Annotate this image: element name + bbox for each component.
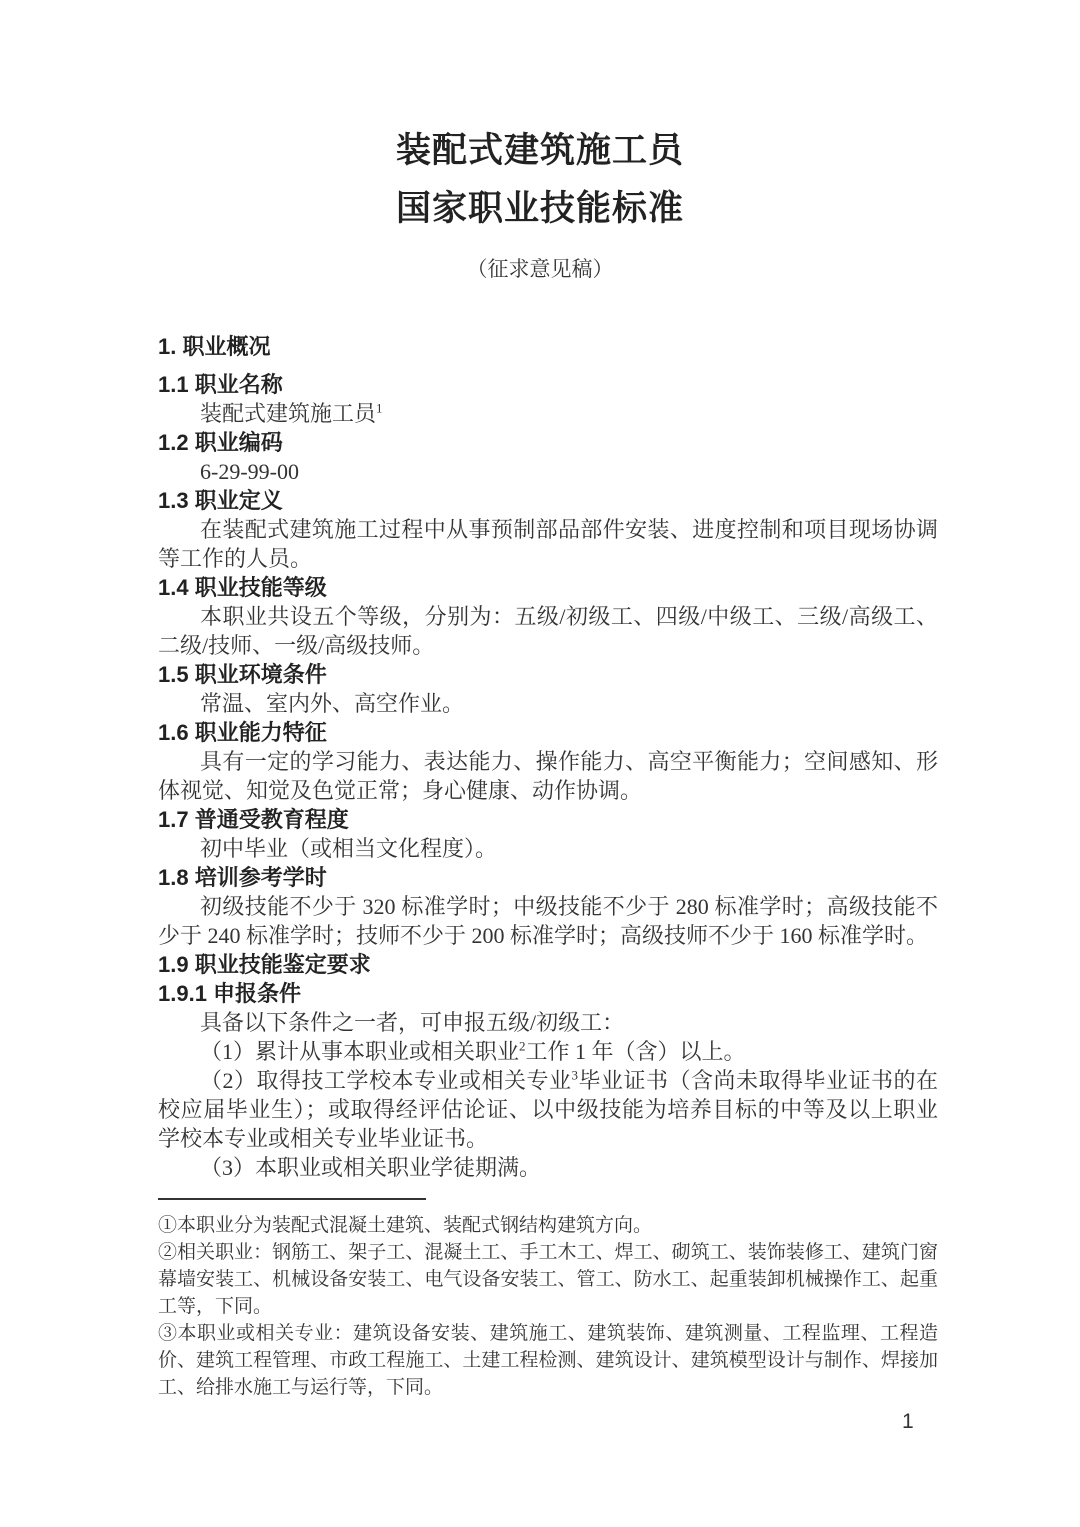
section-heading-1-6: 1.6 职业能力特征 bbox=[158, 718, 938, 747]
section-heading-1-9-1: 1.9.1 申报条件 bbox=[158, 979, 938, 1008]
apply-condition-item-3: （3）本职业或相关职业学徒期满。 bbox=[158, 1153, 938, 1182]
footnote-2: ②相关职业：钢筋工、架子工、混凝土工、手工木工、焊工、砌筑工、装饰装修工、建筑门… bbox=[158, 1239, 938, 1320]
document-title-line2: 国家职业技能标准 bbox=[0, 190, 1080, 228]
apply-condition-item-1-text: （1）累计从事本职业或相关职业 bbox=[200, 1039, 519, 1064]
ability-traits-paragraph: 具有一定的学习能力、表达能力、操作能力、高空平衡能力；空间感知、形体视觉、知觉及… bbox=[158, 747, 938, 805]
footnote-ref-1: 1 bbox=[376, 401, 383, 416]
apply-conditions-intro: 具备以下条件之一者，可申报五级/初级工： bbox=[158, 1008, 938, 1037]
footnote-3: ③本职业或相关专业：建筑设备安装、建筑施工、建筑装饰、建筑测量、工程监理、工程造… bbox=[158, 1320, 938, 1401]
skill-levels-paragraph: 本职业共设五个等级，分别为：五级/初级工、四级/中级工、三级/高级工、二级/技师… bbox=[158, 602, 938, 660]
page-number: 1 bbox=[902, 1410, 914, 1434]
document-title-line1: 装配式建筑施工员 bbox=[0, 132, 1080, 170]
document-page: 装配式建筑施工员 国家职业技能标准 （征求意见稿） 1. 职业概况 1.1 职业… bbox=[0, 0, 1080, 1527]
apply-condition-item-2-text: （2）取得技工学校本专业或相关专业 bbox=[200, 1068, 572, 1093]
education-level-paragraph: 初中毕业（或相当文化程度）。 bbox=[158, 834, 938, 863]
footnote-section: ①本职业分为装配式混凝土建筑、装配式钢结构建筑方向。 ②相关职业：钢筋工、架子工… bbox=[158, 1198, 938, 1401]
draft-status-note: （征求意见稿） bbox=[0, 256, 1080, 282]
occupation-code-paragraph: 6-29-99-00 bbox=[158, 457, 938, 486]
training-hours-paragraph: 初级技能不少于 320 标准学时；中级技能不少于 280 标准学时；高级技能不少… bbox=[158, 892, 938, 950]
apply-condition-item-1-rest: 工作 1 年（含）以上。 bbox=[526, 1039, 746, 1064]
document-header: 装配式建筑施工员 国家职业技能标准 （征求意见稿） bbox=[0, 0, 1080, 282]
section-heading-1-2: 1.2 职业编码 bbox=[158, 428, 938, 457]
occupation-name-paragraph: 装配式建筑施工员1 bbox=[158, 399, 938, 428]
section-heading-overview: 1. 职业概况 bbox=[158, 332, 938, 361]
section-heading-1-8: 1.8 培训参考学时 bbox=[158, 863, 938, 892]
section-heading-1-7: 1.7 普通受教育程度 bbox=[158, 805, 938, 834]
footnote-1: ①本职业分为装配式混凝土建筑、装配式钢结构建筑方向。 bbox=[158, 1212, 938, 1239]
apply-condition-item-1: （1）累计从事本职业或相关职业2工作 1 年（含）以上。 bbox=[158, 1037, 938, 1066]
work-environment-paragraph: 常温、室内外、高空作业。 bbox=[158, 689, 938, 718]
section-heading-1-1: 1.1 职业名称 bbox=[158, 370, 938, 399]
section-heading-1-4: 1.4 职业技能等级 bbox=[158, 573, 938, 602]
document-body: 1. 职业概况 1.1 职业名称 装配式建筑施工员1 1.2 职业编码 6-29… bbox=[158, 332, 938, 1182]
section-heading-1-9: 1.9 职业技能鉴定要求 bbox=[158, 950, 938, 979]
section-heading-1-3: 1.3 职业定义 bbox=[158, 486, 938, 515]
occupation-definition-paragraph: 在装配式建筑施工过程中从事预制部品部件安装、进度控制和项目现场协调等工作的人员。 bbox=[158, 515, 938, 573]
occupation-name-text: 装配式建筑施工员 bbox=[200, 401, 376, 426]
section-heading-1-5: 1.5 职业环境条件 bbox=[158, 660, 938, 689]
apply-condition-item-2: （2）取得技工学校本专业或相关专业3毕业证书（含尚未取得毕业证书的在校应届毕业生… bbox=[158, 1066, 938, 1153]
footnote-separator-line bbox=[158, 1198, 426, 1200]
